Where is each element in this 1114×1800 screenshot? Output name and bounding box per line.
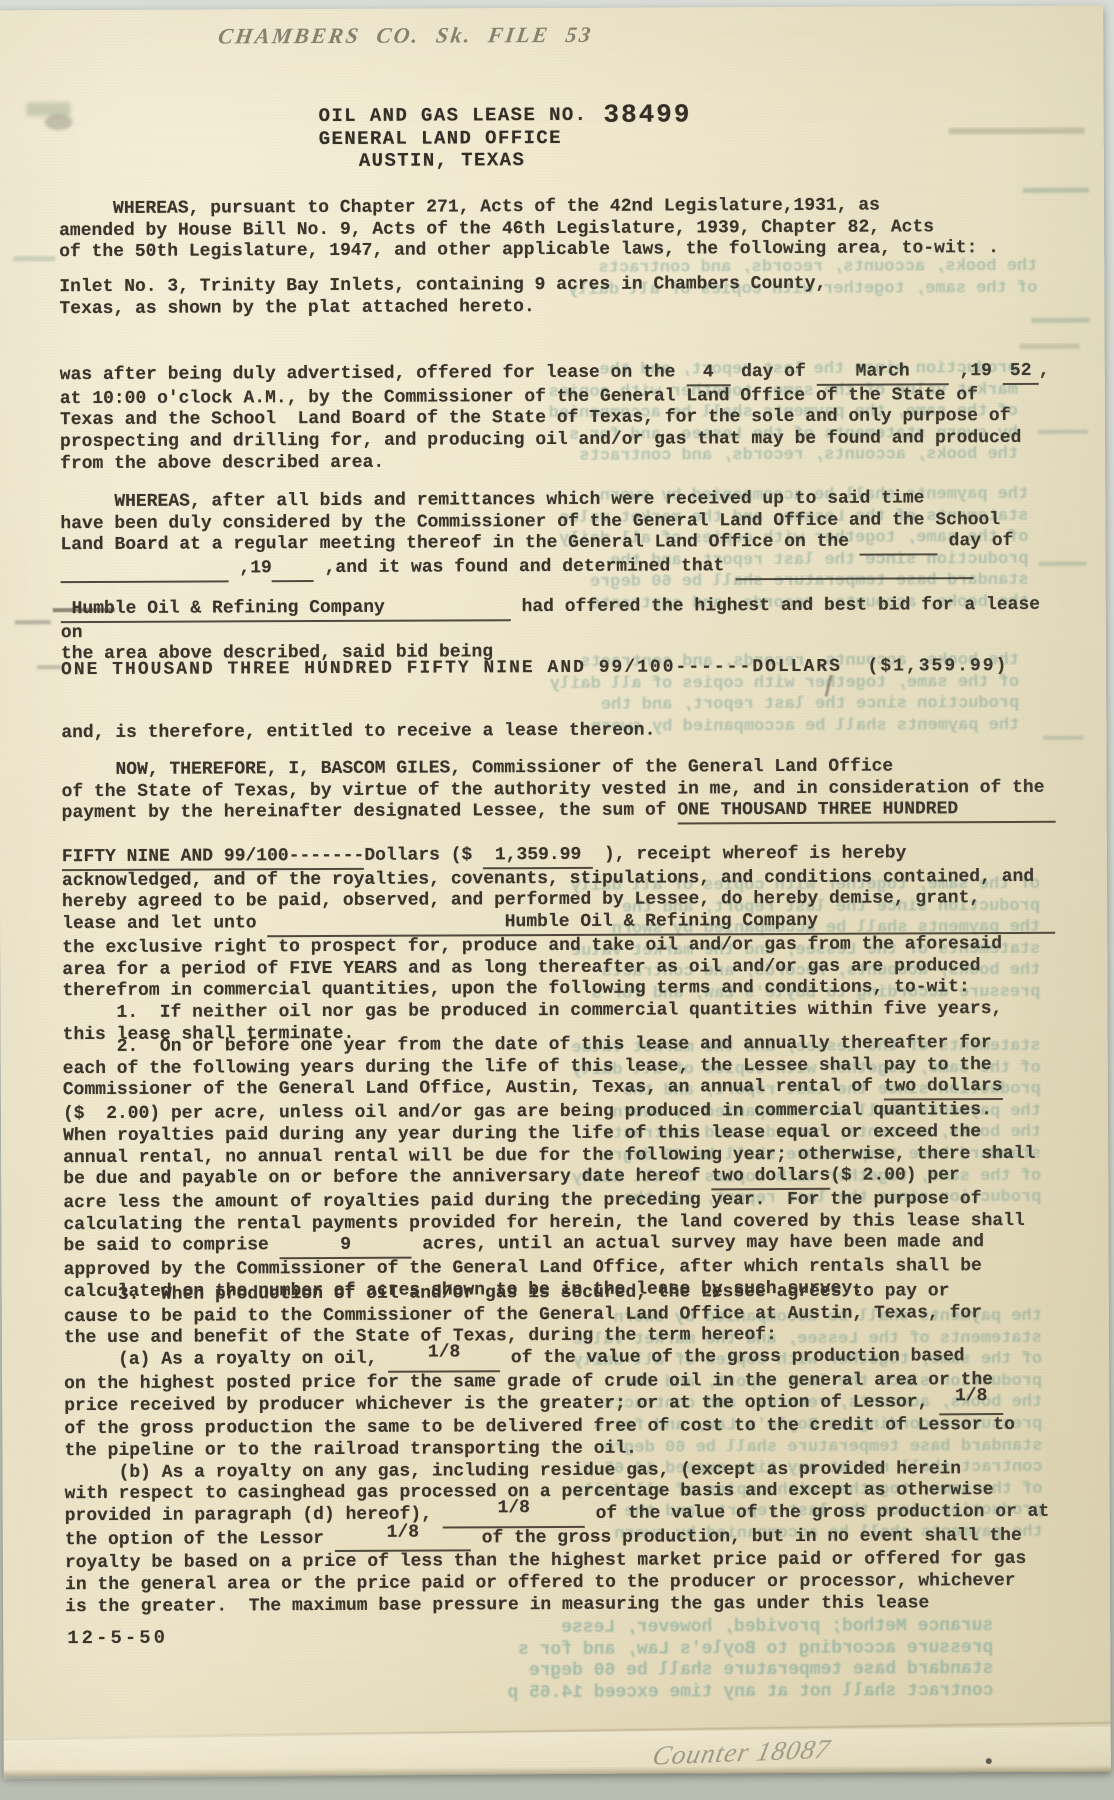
paragraph-tract-description: Inlet No. 3, Trinity Bay Inlets, contain…: [59, 273, 1067, 321]
paragraph-now-therefore: NOW, THEREFORE, I, BASCOM GILES, Commiss…: [61, 756, 1069, 828]
paragraph-entitlement: and, is therefore, entitled to receive a…: [61, 719, 1069, 745]
paragraph-rental-terms: 2. On or before one year from the date o…: [63, 1033, 1072, 1304]
title-line: OIL AND GAS LEASE NO.38499: [319, 101, 692, 127]
document-page: the books, accounts, records, and contra…: [0, 6, 1111, 1777]
form-date-code: 12-5-50: [67, 1627, 168, 1649]
lease-title: OIL AND GAS LEASE NO.: [319, 104, 588, 127]
paragraph-grant-and-term: FIFTY NINE AND 99/100-------Dollars ($ 1…: [62, 843, 1071, 1047]
handwritten-file-note: CHAMBERS CO. Sk. FILE 53: [216, 22, 594, 50]
smudge-mark: [1023, 188, 1089, 193]
smudge-mark: [15, 620, 51, 624]
paragraph-whereas-bids: WHEREAS, after all bids and remittances …: [60, 488, 1068, 583]
paragraph-offering-details: was after being duly advertised, offered…: [60, 361, 1068, 476]
paragraph-whereas-legislation: WHEREAS, pursuant to Chapter 271, Acts o…: [59, 195, 1067, 265]
paragraph-bid-amount: ONE THOUSAND THREE HUNDRED FIFTY NINE AN…: [61, 656, 1069, 682]
document-title-block: OIL AND GAS LEASE NO.38499 GENERAL LAND …: [319, 101, 692, 172]
paragraph-royalty-terms: 3. When production of oil and/or gas is …: [64, 1281, 1073, 1619]
bleed-through-text: surance Method; provided, however, Lesse…: [73, 1616, 993, 1706]
smudge-mark: [13, 256, 55, 261]
smudge-mark: [1032, 318, 1090, 323]
smudge-mark: [27, 102, 71, 116]
scanned-lease-document: { "annotations": { "file_note": "CHAMBER…: [0, 0, 1114, 1800]
pencil-scribble: [45, 114, 73, 130]
smudge-mark: [37, 665, 61, 669]
lease-number: 38499: [603, 99, 691, 129]
smudge-mark: [1020, 344, 1080, 349]
location-line: AUSTIN, TEXAS: [359, 148, 692, 172]
smudge-mark: [949, 128, 1085, 135]
